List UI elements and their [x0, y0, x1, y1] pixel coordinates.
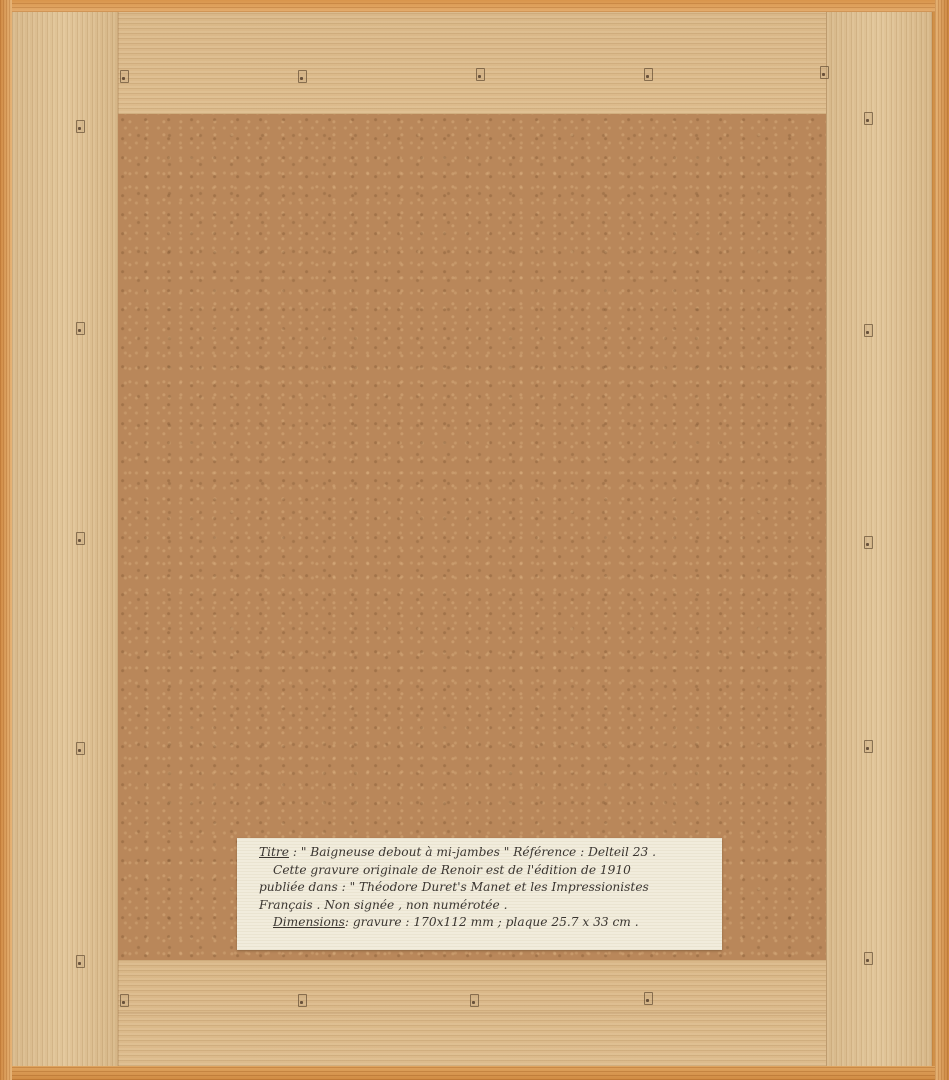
kraft-tape-top	[118, 12, 826, 114]
artwork-title: " Baigneuse debout à mi-jambes "	[301, 845, 510, 859]
staple-icon	[864, 952, 873, 965]
note-line-3: publiée dans : " Théodore Duret's Manet …	[259, 879, 710, 897]
staple-icon	[820, 66, 829, 79]
handwritten-note-card: Titre : " Baigneuse debout à mi-jambes "…	[237, 838, 722, 950]
staple-icon	[864, 740, 873, 753]
staple-icon	[76, 532, 85, 545]
staple-icon	[76, 955, 85, 968]
separator: :	[289, 845, 301, 859]
tape-seam	[826, 12, 827, 1066]
staple-icon	[644, 992, 653, 1005]
staple-icon	[864, 112, 873, 125]
staple-icon	[298, 70, 307, 83]
staple-icon	[298, 994, 307, 1007]
dimensions-label: Dimensions	[273, 915, 345, 929]
kraft-tape-right	[826, 12, 932, 1066]
reference-value: : Delteil 23 .	[576, 845, 656, 859]
note-line-2: Cette gravure originale de Renoir est de…	[259, 862, 710, 880]
staple-icon	[76, 742, 85, 755]
frame-left-rail	[0, 0, 12, 1080]
note-line-4: Français . Non signée , non numérotée .	[259, 897, 710, 915]
frame-right-rail	[935, 0, 949, 1080]
tape-seam	[118, 1012, 826, 1014]
titre-label: Titre	[259, 845, 289, 859]
staple-icon	[76, 120, 85, 133]
staple-icon	[644, 68, 653, 81]
note-line-title: Titre : " Baigneuse debout à mi-jambes "…	[259, 844, 710, 862]
staple-icon	[864, 536, 873, 549]
staple-icon	[120, 994, 129, 1007]
note-line-dimensions: Dimensions: gravure : 170x112 mm ; plaqu…	[259, 914, 710, 932]
staple-icon	[76, 322, 85, 335]
frame-bottom-rail	[0, 1066, 949, 1080]
dimensions-value: : gravure : 170x112 mm ; plaque 25.7 x 3…	[345, 915, 639, 929]
staple-icon	[120, 70, 129, 83]
staple-icon	[476, 68, 485, 81]
staple-icon	[470, 994, 479, 1007]
reference-label: Référence	[509, 845, 576, 859]
staple-icon	[864, 324, 873, 337]
kraft-tape-left	[12, 12, 118, 1066]
frame-top-rail	[0, 0, 949, 12]
hardboard-backing	[118, 114, 826, 960]
